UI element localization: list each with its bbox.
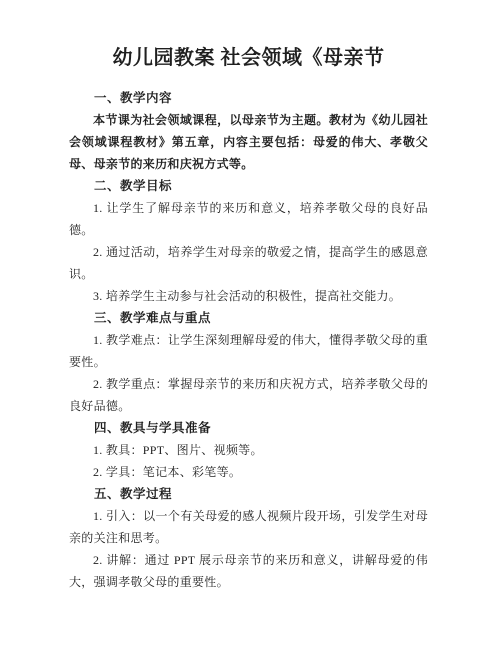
section-heading: 一、教学内容 bbox=[69, 87, 428, 109]
document-title: 幼儿园教案 社会领域《母亲节 bbox=[69, 45, 428, 71]
section-heading: 五、教学过程 bbox=[69, 483, 428, 505]
section-heading: 二、教学目标 bbox=[69, 175, 428, 197]
paragraph: 1. 教学难点：让学生深刻理解母爱的伟大，懂得孝敬父母的重要性。 bbox=[69, 329, 428, 373]
paragraph: 2. 讲解：通过 PPT 展示母亲节的来历和意义，讲解母爱的伟大，强调孝敬父母的… bbox=[69, 549, 428, 593]
document-body: 一、教学内容本节课为社会领域课程，以母亲节为主题。教材为《幼儿园社会领域课程教材… bbox=[69, 87, 428, 593]
section-heading: 三、教学难点与重点 bbox=[69, 307, 428, 329]
section-heading: 四、教具与学具准备 bbox=[69, 417, 428, 439]
paragraph: 1. 教具：PPT、图片、视频等。 bbox=[69, 439, 428, 461]
paragraph: 2. 教学重点：掌握母亲节的来历和庆祝方式，培养孝敬父母的良好品德。 bbox=[69, 373, 428, 417]
paragraph: 2. 通过活动，培养学生对母亲的敬爱之情，提高学生的感恩意识。 bbox=[69, 241, 428, 285]
paragraph: 1. 引入：以一个有关母爱的感人视频片段开场，引发学生对母亲的关注和思考。 bbox=[69, 505, 428, 549]
paragraph: 本节课为社会领域课程，以母亲节为主题。教材为《幼儿园社会领域课程教材》第五章，内… bbox=[69, 109, 428, 175]
paragraph: 3. 培养学生主动参与社会活动的积极性，提高社交能力。 bbox=[69, 285, 428, 307]
document-page: 幼儿园教案 社会领域《母亲节 一、教学内容本节课为社会领域课程，以母亲节为主题。… bbox=[0, 0, 500, 647]
paragraph: 2. 学具：笔记本、彩笔等。 bbox=[69, 461, 428, 483]
paragraph: 1. 让学生了解母亲节的来历和意义，培养孝敬父母的良好品德。 bbox=[69, 197, 428, 241]
